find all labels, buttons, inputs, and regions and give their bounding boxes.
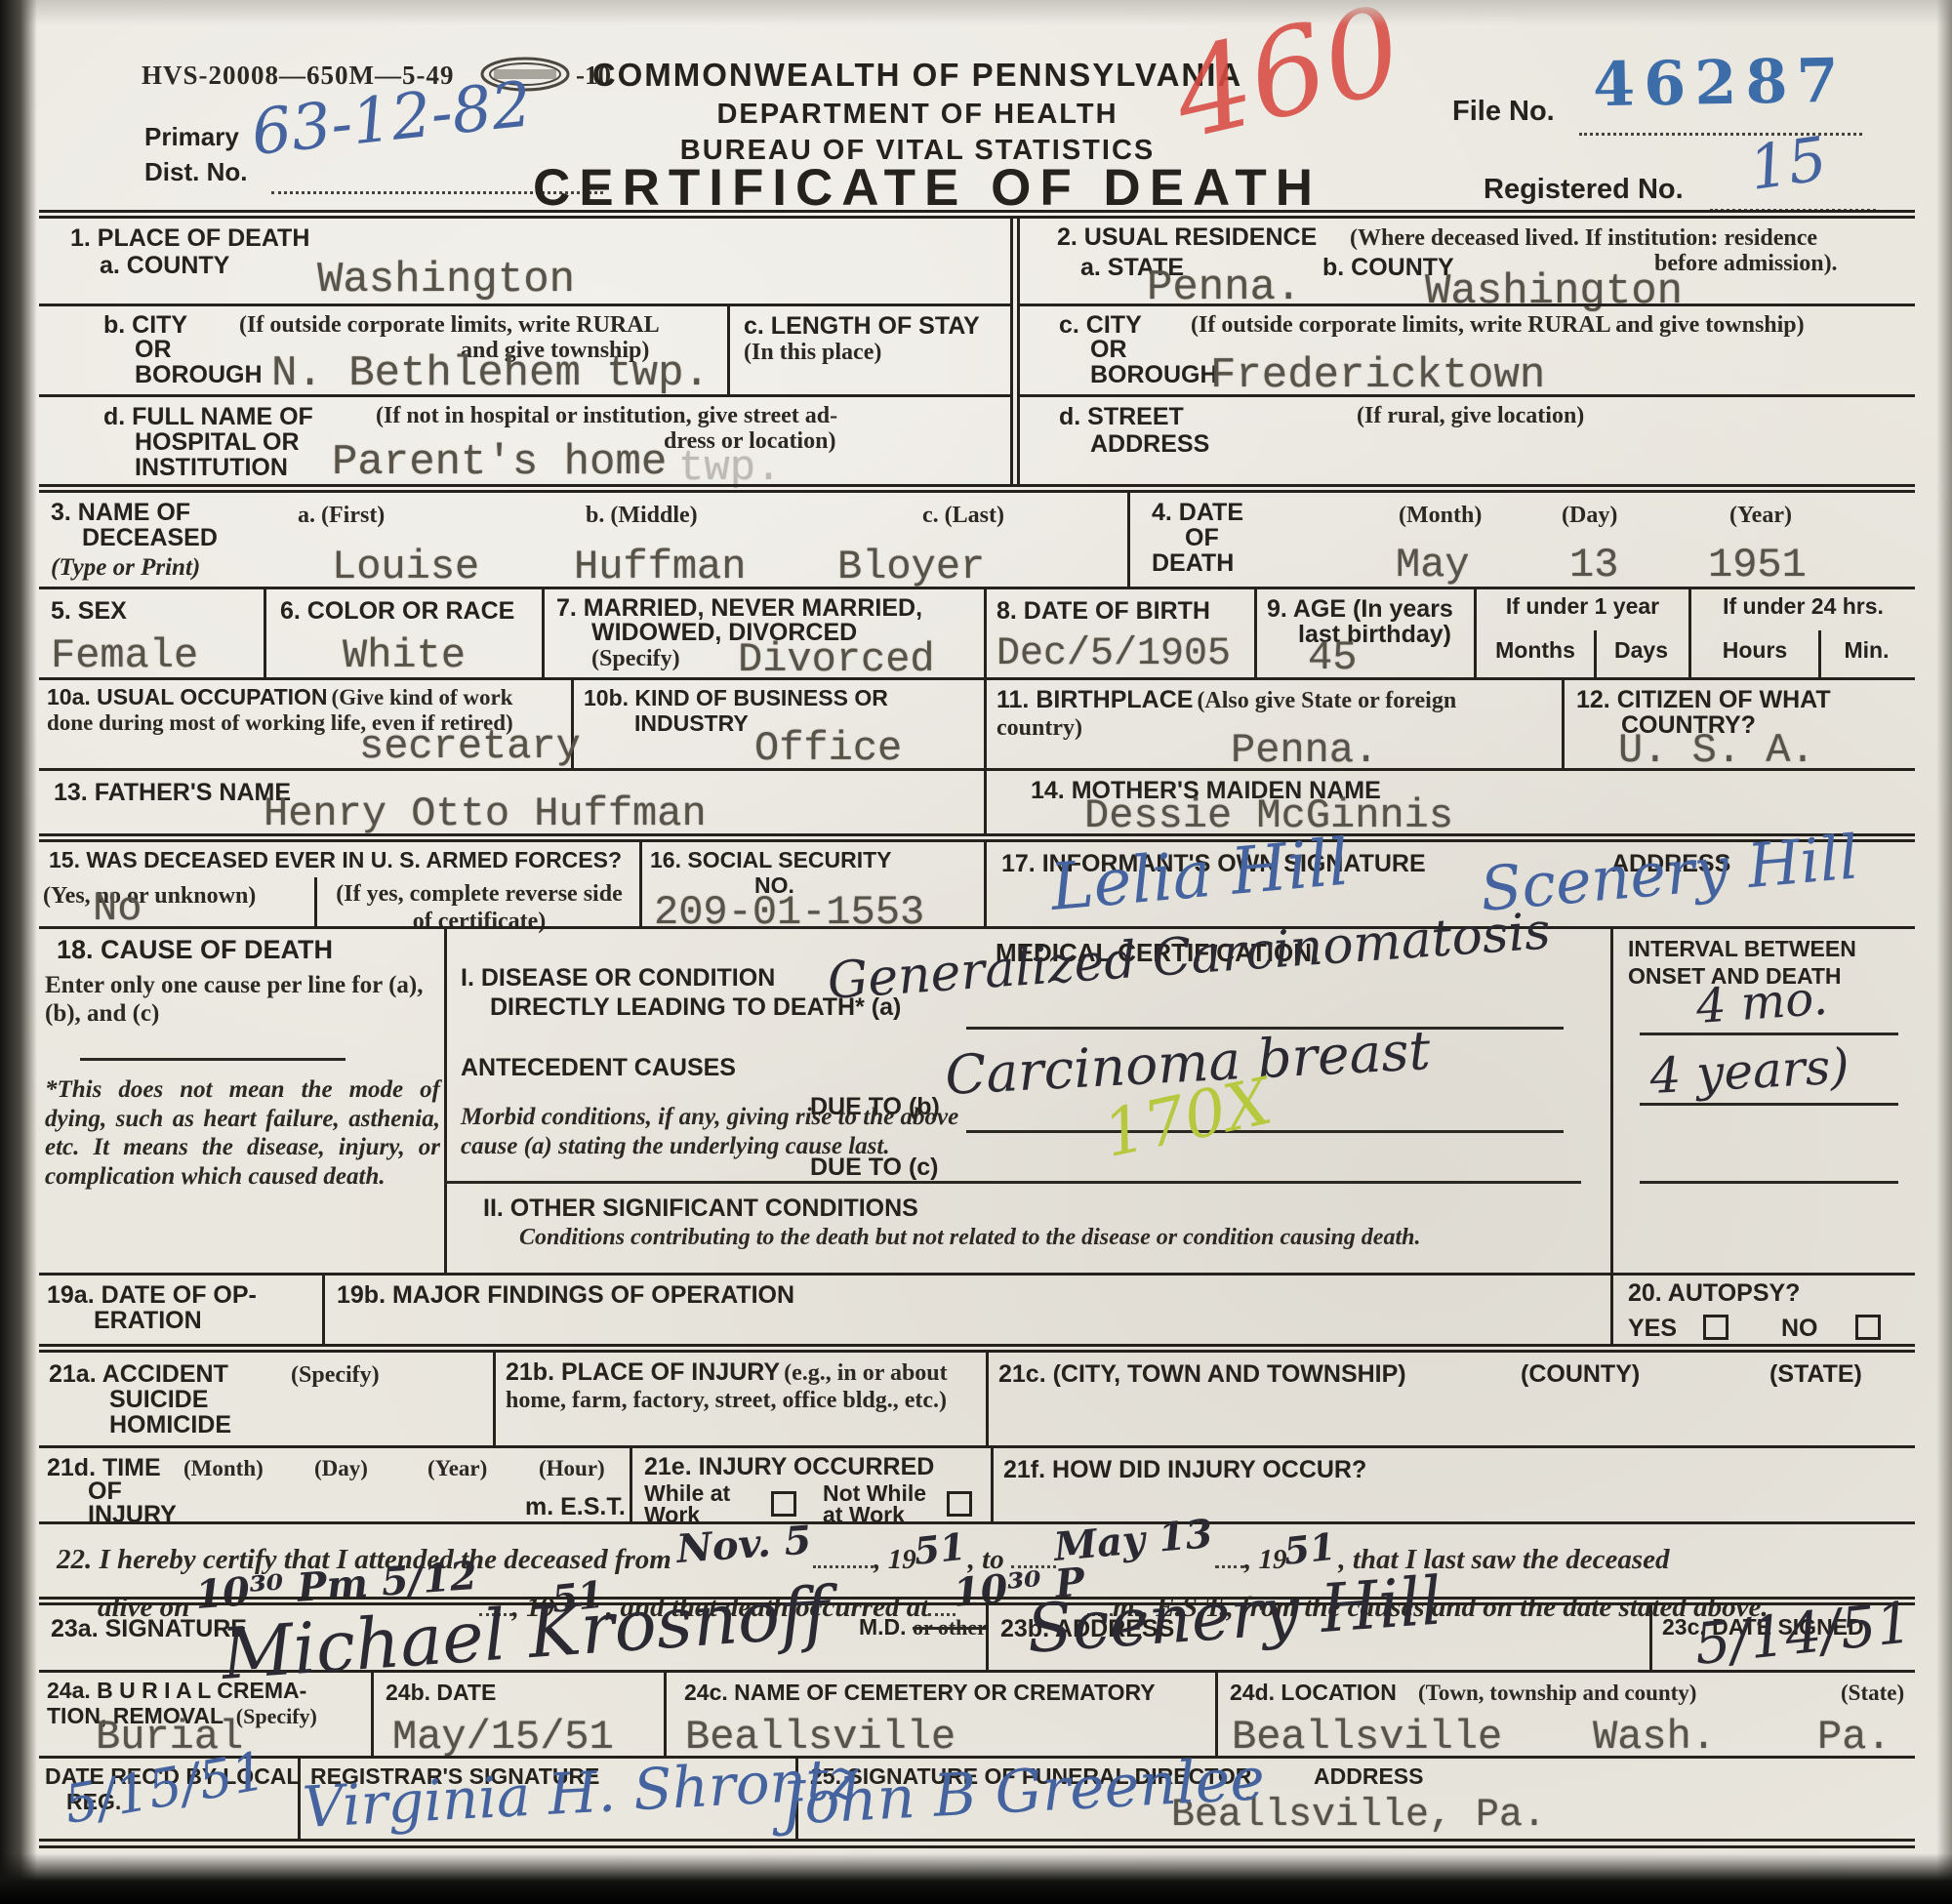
father-label: 13. FATHER'S NAME [54,779,291,806]
dod-day-value: 13 [1569,542,1618,588]
interval-a-line [1640,1033,1898,1035]
registered-no-value: 15 [1745,123,1831,204]
marital-value: Divorced [738,636,935,683]
field-birthplace: 11. BIRTHPLACE (Also give State or forei… [984,680,1562,768]
hospital-label-1: d. FULL NAME OF [103,403,313,430]
row-name-date: 3. NAME OF DECEASED (Type or Print) a. (… [39,484,1915,587]
injury-state-label: (STATE) [1769,1360,1862,1388]
name-label-3: (Type or Print) [51,553,200,583]
field-date-of-operation: 19a. DATE OF OP- ERATION [39,1276,322,1344]
cause-c-line [444,1181,1581,1184]
field-autopsy: 20. AUTOPSY? YES NO [1610,1276,1915,1344]
accident-specify-label: (Specify) [291,1362,380,1390]
hospital-label-3: INSTITUTION [135,454,288,481]
injury-city-label: 21c. (CITY, TOWN AND TOWNSHIP) [998,1360,1406,1388]
cause-heading: 18. CAUSE OF DEATH [57,935,333,964]
scan-edge-bottom [0,1853,1952,1904]
industry-label-2: INDUSTRY [634,711,749,737]
row-cause-of-death: 18. CAUSE OF DEATH Enter only one cause … [39,926,1915,1273]
field-color-race: 6. COLOR OR RACE White [264,589,542,677]
row-operation-autopsy: 19a. DATE OF OP- ERATION 19b. MAJOR FIND… [39,1273,1915,1344]
dod-day-label: (Day) [1562,503,1617,530]
age-label-1: 9. AGE (In years [1267,595,1453,623]
death-certificate-scan: HVS-20008—650M—5-49 -10 Primary Dist. No… [0,0,1952,1904]
scan-edge-left [0,0,37,1904]
other-conditions-note: Conditions contributing to the death but… [519,1224,1603,1251]
interval-c-line [1640,1181,1898,1184]
row-registrar-director: DATE REC'D BY LOCAL REG. REGISTRAR'S SIG… [39,1756,1915,1839]
dob-label: 8. DATE OF BIRTH [996,597,1210,625]
field-industry: 10b. KIND OF BUSINESS OR INDUSTRY Office [571,680,984,768]
accident-label-1: 21a. ACCIDENT [49,1360,228,1388]
marital-label-1: 7. MARRIED, NEVER MARRIED, [556,594,922,622]
under1-label: If under 1 year [1477,594,1688,620]
age-value: 45 [1308,634,1357,681]
county-value: Washington [317,256,575,304]
last-name-label: c. (Last) [922,503,1004,530]
dod-month-label: (Month) [1399,503,1482,530]
street-label-2: ADDRESS [1090,430,1209,458]
marital-specify-label: (Specify) [591,646,680,673]
first-name-label: a. (First) [298,503,385,530]
min-label: Min. [1818,638,1915,664]
field-father-name: 13. FATHER'S NAME Henry Otto Huffman [39,771,984,833]
autopsy-no-label: NO [1781,1315,1818,1342]
last-name-value: Bloyer [837,544,985,590]
operation-date-label-2: ERATION [94,1307,202,1334]
injury-hour-label: (Hour) [539,1456,605,1481]
field-how-injury-occurred: 21f. HOW DID INJURY OCCUR? [991,1448,1915,1521]
field-mother-name: 14. MOTHER'S MAIDEN NAME Dessie McGinnis [984,771,1915,833]
dob-value: Dec/5/1905 [996,632,1231,676]
dod-year-label: (Year) [1729,503,1792,530]
field-sex: 5. SEX Female [39,589,264,677]
residence-borough-label: BOROUGH [1090,361,1218,388]
file-no-label: File No. [1452,96,1555,127]
dod-label-3: DEATH [1152,549,1234,577]
name-label-2: DECEASED [82,524,218,551]
cause-note-1: Enter only one cause per line for (a), (… [45,972,435,1029]
disease-label-1: I. DISEASE OR CONDITION [461,964,775,992]
field-marital-status: 7. MARRIED, NEVER MARRIED, WIDOWED, DIVO… [542,589,984,677]
row-occupation-birthplace: 10a. USUAL OCCUPATION (Give kind of work… [39,677,1915,768]
injury-day-label: (Day) [314,1456,368,1481]
residence-hint-1: (Where deceased lived. If institution: r… [1350,225,1817,253]
first-name-value: Louise [332,544,479,590]
hospital-value: Parent's home [332,438,667,487]
row-sex-race-age: 5. SEX Female 6. COLOR OR RACE White 7. … [39,587,1915,677]
hospital-hint-1: (If not in hospital or institution, give… [376,403,837,430]
injury-year-label: (Year) [427,1456,487,1481]
industry-value: Office [754,725,902,772]
dod-year-value: 1951 [1708,542,1807,588]
injury-occurred-label: 21e. INJURY OCCURRED [644,1453,934,1480]
county-label: a. COUNTY [100,252,229,279]
field-ssn: 16. SOCIAL SECURITY NO. 209-01-1553 [639,842,984,926]
certificate-form: 1. PLACE OF DEATH a. COUNTY Washington b… [39,210,1915,1848]
hours-label: Hours [1691,638,1818,664]
row-forces-ssn-informant: 15. WAS DECEASED EVER IN U. S. ARMED FOR… [39,833,1915,926]
scan-edge-right [1936,0,1952,1904]
industry-label-1: 10b. KIND OF BUSINESS OR [584,686,888,711]
row-place-residence: 1. PLACE OF DEATH a. COUNTY Washington b… [39,219,1915,484]
file-no-value: 46287 [1592,45,1848,121]
armed-forces-label: 15. WAS DECEASED EVER IN U. S. ARMED FOR… [49,848,622,873]
field-operation-findings: 19b. MAJOR FINDINGS OF OPERATION [322,1276,1610,1344]
or-other-label: or other [913,1615,987,1640]
residence-city-hint: (If outside corporate limits, write RURA… [1191,312,1893,340]
injury-county-label: (COUNTY) [1521,1360,1640,1388]
dod-label-2: OF [1185,524,1219,551]
field-usual-residence: 2. USUAL RESIDENCE (Where deceased lived… [1010,219,1915,484]
street-hint: (If rural, give location) [1357,403,1584,430]
location-hint: (Town, township and county) [1418,1681,1696,1706]
armed-forces-value: No [93,885,142,932]
autopsy-yes-label: YES [1628,1315,1677,1342]
field-citizenship: 12. CITIZEN OF WHAT COUNTRY? U. S. A. [1562,680,1915,768]
field-date-of-death: 4. DATE OF DEATH (Month) (Day) (Year) Ma… [1127,493,1915,587]
cert-year-1: 51 [912,1525,967,1574]
months-label: Months [1477,638,1594,664]
burial-date-label: 24b. DATE [386,1681,496,1706]
not-while-at-work-checkbox [947,1491,972,1517]
field-injury-location: 21c. (CITY, TOWN AND TOWNSHIP) (COUNTY) … [986,1353,1915,1445]
operation-date-label-1: 19a. DATE OF OP- [47,1281,257,1309]
scan-edge-top [0,0,1952,25]
field-age: 9. AGE (In years last birthday) 45 [1254,589,1474,677]
dod-label-1: 4. DATE [1152,499,1243,526]
occupation-value: secretary [359,723,581,770]
location-label: 24d. LOCATION [1230,1681,1397,1706]
row-accident: 21a. ACCIDENT SUICIDE HOMICIDE (Specify)… [39,1344,1915,1445]
middle-name-value: Huffman [574,544,746,590]
burial-date-value: May/15/51 [392,1714,614,1761]
certificate-title: CERTIFICATE OF DEATH [508,158,1347,218]
birthplace-value: Penna. [1231,727,1378,774]
field-accident-suicide-homicide: 21a. ACCIDENT SUICIDE HOMICIDE (Specify) [39,1353,493,1445]
row-parents: 13. FATHER'S NAME Henry Otto Huffman 14.… [39,768,1915,833]
dist-no-label: Dist. No. [144,158,247,186]
location-county-value: Wash. [1593,1714,1716,1761]
sex-value: Female [51,632,198,679]
injury-month-label: (Month) [183,1456,264,1481]
interval-b-value: 4 years) [1648,1037,1850,1105]
cert-year-prefix-2: , 19 [1244,1544,1287,1575]
birthplace-label: 11. BIRTHPLACE [996,686,1193,713]
accident-label-2: SUICIDE [109,1386,208,1413]
city-label: b. CITY [103,311,187,339]
field-place-of-injury: 21b. PLACE OF INJURY (e.g., in or about … [493,1353,986,1445]
under24-label: If under 24 hrs. [1691,594,1915,620]
other-conditions-label: II. OTHER SIGNIFICANT CONDITIONS [483,1195,918,1222]
autopsy-yes-checkbox [1703,1315,1728,1340]
middle-name-label: b. (Middle) [586,503,698,530]
field-under-24-hrs: If under 24 hrs. Hours Min. [1688,589,1915,677]
citizen-label-1: 12. CITIZEN OF WHAT [1576,686,1831,713]
city-borough-label: BOROUGH [135,361,263,388]
cause-note-2: *This does not mean the mode of dying, s… [45,1075,440,1191]
cemetery-label: 24c. NAME OF CEMETERY OR CREMATORY [684,1681,1156,1706]
father-value: Henry Otto Huffman [264,790,707,837]
injury-est-label: m. E.S.T. [525,1493,626,1520]
registered-no-label: Registered No. [1484,174,1684,205]
cert-year-prefix-1: , 19 [874,1544,916,1575]
field-place-of-death: 1. PLACE OF DEATH a. COUNTY Washington b… [39,219,1010,484]
autopsy-no-checkbox [1855,1315,1881,1340]
field-name-of-deceased: 3. NAME OF DECEASED (Type or Print) a. (… [39,493,1127,587]
burial-specify-label: (Specify) [236,1704,317,1728]
physician-signature-label: 23a. SIGNATURE [51,1615,247,1642]
race-label: 6. COLOR OR RACE [280,597,514,625]
city-value: N. Bethlehem twp. [271,349,710,398]
length-of-stay-label: c. LENGTH OF STAY (In this place) [744,312,997,367]
armed-forces-hint-1: (Yes, no or unknown) [43,883,256,911]
residence-heading: 2. USUAL RESIDENCE [1057,223,1317,251]
row-physician: 23a. SIGNATURE M.D. or other 23b. ADDRES… [39,1597,1915,1670]
residence-city-value: Fredericktown [1210,351,1545,400]
place-of-death-heading: 1. PLACE OF DEATH [70,224,309,252]
location-state-label: (State) [1841,1681,1904,1706]
city-or-label: OR [135,336,172,363]
while-at-work-checkbox [771,1491,796,1517]
autopsy-label: 20. AUTOPSY? [1628,1279,1800,1307]
occupation-label: 10a. USUAL OCCUPATION [47,684,328,709]
how-injury-label: 21f. HOW DID INJURY OCCUR? [1003,1456,1366,1483]
field-date-of-birth: 8. DATE OF BIRTH Dec/5/1905 [984,589,1254,677]
cert-year-2: 51 [1282,1525,1338,1574]
citizen-value: U. S. A. [1618,727,1815,774]
field-armed-forces: 15. WAS DECEASED EVER IN U. S. ARMED FOR… [39,842,639,926]
field-time-of-injury: 21d. TIME OF INJURY (Month) (Day) (Year)… [39,1448,630,1521]
dod-month-value: May [1396,542,1470,588]
hospital-label-2: HOSPITAL OR [135,428,300,456]
primary-label: Primary [144,123,239,151]
morbid-note: Morbid conditions, if any, giving rise t… [461,1103,1012,1160]
accident-label-3: HOMICIDE [109,1411,231,1438]
days-label: Days [1594,638,1688,664]
cert-from-value: Nov. 5 [675,1517,813,1572]
ssn-label-1: 16. SOCIAL SECURITY [650,848,892,873]
row-certification: 22. I hereby certify that I attended the… [39,1521,1915,1597]
field-under-1-year: If under 1 year Months Days [1474,589,1688,677]
operation-findings-label: 19b. MAJOR FINDINGS OF OPERATION [337,1281,794,1309]
residence-city-label: c. CITY [1059,311,1142,339]
sex-label: 5. SEX [51,597,127,625]
street-label-1: d. STREET [1059,403,1184,430]
antecedent-label: ANTECEDENT CAUSES [461,1054,736,1081]
interval-label-1: INTERVAL BETWEEN [1628,937,1856,962]
field-injury-occurred: 21e. INJURY OCCURRED While at Work Not W… [630,1448,991,1521]
name-label-1: 3. NAME OF [51,499,190,526]
city-hint-1: (If outside corporate limits, write RURA… [239,312,660,340]
place-of-injury-label: 21b. PLACE OF INJURY [506,1358,780,1386]
location-state-value: Pa. [1817,1714,1891,1761]
md-label: M.D. or other [859,1615,987,1641]
row-time-of-injury: 21d. TIME OF INJURY (Month) (Day) (Year)… [39,1445,1915,1521]
interval-a-value: 4 mo. [1694,971,1829,1034]
residence-or-label: OR [1090,336,1127,363]
location-town-value: Beallsville [1232,1714,1502,1761]
race-value: White [343,632,466,679]
director-address-label: ADDRESS [1314,1764,1423,1790]
due-to-c-label: DUE TO (c) [810,1154,939,1181]
